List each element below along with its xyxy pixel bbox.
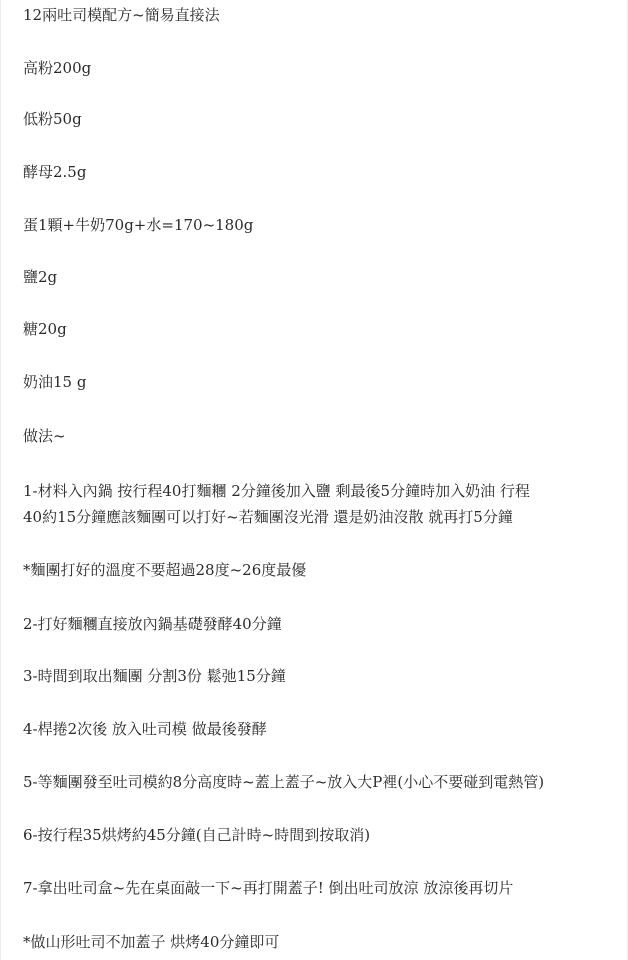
ingredient-sugar: 糖20g xyxy=(23,318,67,340)
step-1: 1-材料入內鍋 按行程40打麵糰 2分鐘後加入鹽 剩最後5分鐘時加入奶油 行程 … xyxy=(23,478,530,530)
ingredient-butter: 奶油15 g xyxy=(23,371,86,393)
note-mountain-toast: *做山形吐司不加蓋子 烘烤40分鐘即可 xyxy=(23,931,279,953)
step-6: 6-按行程35烘烤約45分鐘(自己計時~時間到按取消) xyxy=(23,824,370,846)
step-1-line-1: 1-材料入內鍋 按行程40打麵糰 2分鐘後加入鹽 剩最後5分鐘時加入奶油 行程 xyxy=(23,478,530,504)
ingredient-salt: 鹽2g xyxy=(23,266,57,288)
ingredient-bread-flour: 高粉200g xyxy=(23,57,91,79)
ingredient-egg-milk-water: 蛋1顆+牛奶70g+水=170~180g xyxy=(23,214,253,236)
method-heading: 做法~ xyxy=(23,425,66,447)
recipe-document: 12兩吐司模配方~簡易直接法 高粉200g 低粉50g 酵母2.5g 蛋1顆+牛… xyxy=(0,0,628,960)
note-dough-temperature: *麵團打好的溫度不要超過28度~26度最優 xyxy=(23,559,306,581)
step-5: 5-等麵團發至吐司模約8分高度時~蓋上蓋子~放入大P裡(小心不要碰到電熱管) xyxy=(23,771,544,793)
step-4: 4-桿捲2次後 放入吐司模 做最後發酵 xyxy=(23,718,267,740)
step-2: 2-打好麵糰直接放內鍋基礎發酵40分鐘 xyxy=(23,613,282,635)
ingredient-cake-flour: 低粉50g xyxy=(23,108,82,130)
recipe-title: 12兩吐司模配方~簡易直接法 xyxy=(23,4,220,26)
ingredient-yeast: 酵母2.5g xyxy=(23,161,86,183)
step-1-line-2: 40約15分鐘應該麵團可以打好~若麵團沒光滑 還是奶油沒散 就再打5分鐘 xyxy=(23,504,530,530)
step-7: 7-拿出吐司盒~先在桌面敲一下~再打開蓋子! 倒出吐司放涼 放涼後再切片 xyxy=(23,877,513,899)
step-3: 3-時間到取出麵團 分割3份 鬆弛15分鐘 xyxy=(23,665,286,687)
